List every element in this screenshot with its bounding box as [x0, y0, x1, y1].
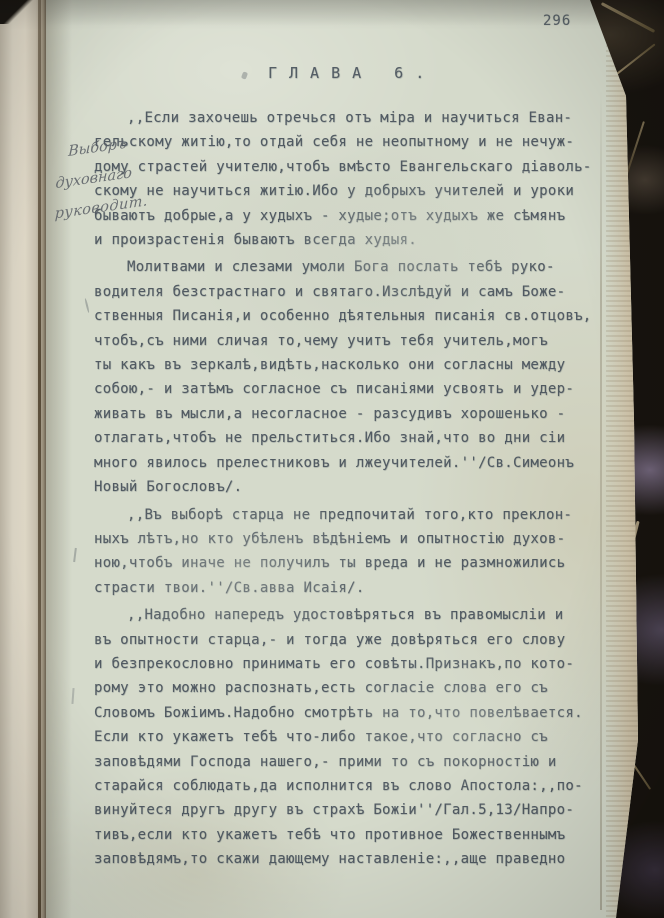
twig-decoration — [625, 121, 645, 177]
paragraph-3: ,,Въ выборѣ старца не предпочитай того,к… — [94, 503, 606, 601]
twig-decoration — [616, 43, 655, 74]
paragraph-4: ,,Надобно напередъ удостовѣряться въ пра… — [94, 603, 606, 871]
typewritten-text-block: ,,Если захочешь отречься отъ міра и науч… — [94, 106, 606, 875]
pencil-mark — [241, 71, 248, 79]
pencil-mark — [73, 548, 77, 562]
twig-decoration — [601, 2, 655, 33]
book-gutter-crease — [38, 0, 41, 918]
photograph-of-book-page: 296 ГЛАВА 6. ,,Если захочешь отречься от… — [0, 0, 664, 918]
paragraph-2: Молитвами и слезами умоли Бога послать т… — [94, 255, 606, 499]
handwritten-margin-note: Выборъ духовнаго руководит. — [44, 125, 165, 229]
paragraph-1: ,,Если захочешь отречься отъ міра и науч… — [94, 106, 606, 252]
page-number: 296 — [543, 13, 571, 29]
dark-corner — [0, 0, 40, 24]
chapter-title: ГЛАВА 6. — [268, 64, 436, 82]
pencil-mark — [71, 688, 74, 704]
pencil-mark — [84, 298, 90, 313]
page-stack-edge — [606, 0, 664, 918]
